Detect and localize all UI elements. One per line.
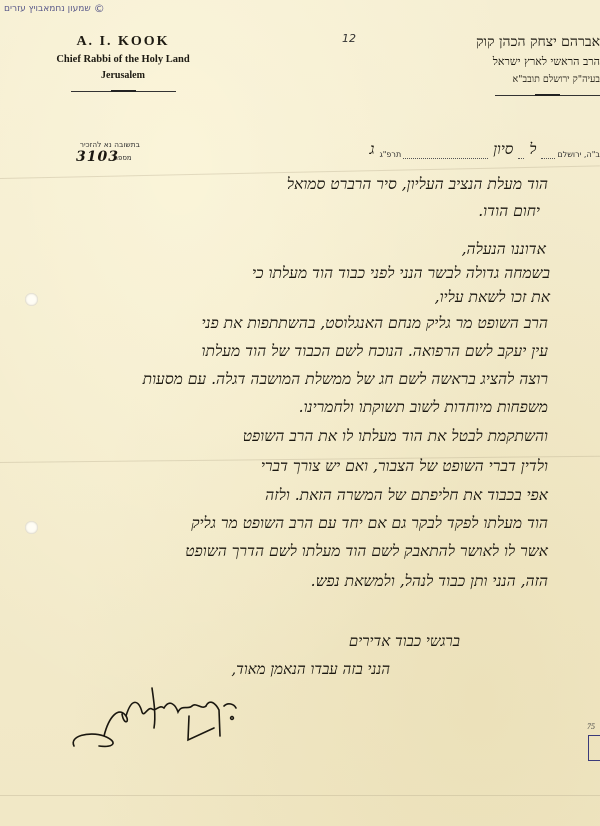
letterhead-city: Jerusalem: [28, 70, 218, 81]
body-line: הרב השופט מר גליק מנחם האנגלוסט, בהשתתפו…: [18, 308, 548, 338]
body-line: אפי בכבוד את חליפתם של המשרה הזאת. ולזה: [18, 480, 548, 510]
letterhead-title: Chief Rabbi of the Holy Land: [28, 54, 218, 65]
letterhead-rule: [71, 88, 176, 94]
punch-hole: [25, 293, 38, 306]
body-line: אשר לו לאושר להתאבק לשם הוד מעלתו לשם הד…: [18, 536, 548, 566]
letterhead-hebrew-rule: [495, 92, 600, 98]
body-line: הוד מעלתו לפקד לבקר גם אם יחד עם הרב השו…: [18, 510, 548, 536]
letter-body: הוד מעלת הנציב העליון, סיר הרברט סמואל י…: [18, 170, 538, 596]
closing-line: ברגשי כבוד אדירים: [349, 632, 460, 651]
watermark-text: שמעון נחמאבויץ עזרים: [4, 4, 91, 14]
letterhead-name: A. I. KOOK: [28, 34, 218, 50]
letterhead-hebrew-city: בעיה"ק ירושלם תובב"א: [410, 74, 600, 85]
date-month: סיון: [493, 140, 513, 159]
archive-stamp-number: 75: [587, 722, 595, 731]
dateline-prefix: ב"ה, ירושלם: [557, 150, 600, 159]
body-line: את זכו לשאת עליו,: [18, 286, 550, 308]
date-year-label: תרפ"ג: [379, 150, 401, 159]
date-year-value: ג: [370, 140, 375, 159]
letterhead-hebrew: אברהם יצחק הכהן קוק הרב הראשי לארץ ישראל…: [410, 34, 600, 98]
folio-number: 12: [342, 32, 356, 45]
copyright-watermark: © שמעון נחמאבויץ עזרים: [4, 2, 105, 15]
reference-number: 3103: [76, 149, 119, 165]
closing-line: הנני בזה עבדו הנאמן מאוד,: [231, 660, 390, 679]
body-line: בשמחה גדולה לבשר הנני לפני כבוד הוד מעלת…: [18, 261, 550, 286]
dateline: ב"ה, ירושלם ל סיון תרפ"ג ג: [175, 140, 600, 159]
body-line: משפחות מיוחדות לשוב תשוקתו ולחמרינו.: [18, 394, 548, 420]
salutation-line: יחום הודו.: [18, 199, 540, 223]
date-day: ל: [529, 140, 536, 159]
body-line: ולדין דברי השופט של הצבור, ואם יש צורך ד…: [18, 452, 548, 480]
body-line: הזה, הנני ותן כבוד לנהל, ולמשאת נפש.: [18, 566, 548, 596]
letterhead-hebrew-name: אברהם יצחק הכהן קוק: [410, 34, 600, 51]
body-line: עין יעקב לשם הרפואה. הנוכח לשם הכבוד של …: [18, 338, 548, 364]
body-line: והשתקמת לבטל את הוד מעלתו לו את הרב השופ…: [18, 420, 548, 452]
reference-label: מספר: [114, 154, 132, 162]
reference-instruction: בתשובה נא להזכיר: [70, 140, 140, 149]
copyright-icon: ©: [94, 2, 105, 15]
body-line: אדוננו הנעלה,: [18, 237, 546, 261]
salutation-line: הוד מעלת הנציב העליון, סיר הרברט סמואל: [18, 170, 548, 199]
signature: הרב אברהם יצחק הכהן קוק: [64, 676, 249, 754]
archive-stamp: [588, 735, 600, 761]
signature-icon: [64, 676, 249, 754]
body-line: רוצה להציג בראשה לשם חג של ממשלת המושבה …: [18, 364, 548, 394]
punch-hole: [25, 521, 38, 534]
paper-crease: [0, 795, 600, 796]
letterhead-hebrew-title: הרב הראשי לארץ ישראל: [410, 55, 600, 68]
letterhead-english: A. I. KOOK Chief Rabbi of the Holy Land …: [28, 34, 218, 94]
